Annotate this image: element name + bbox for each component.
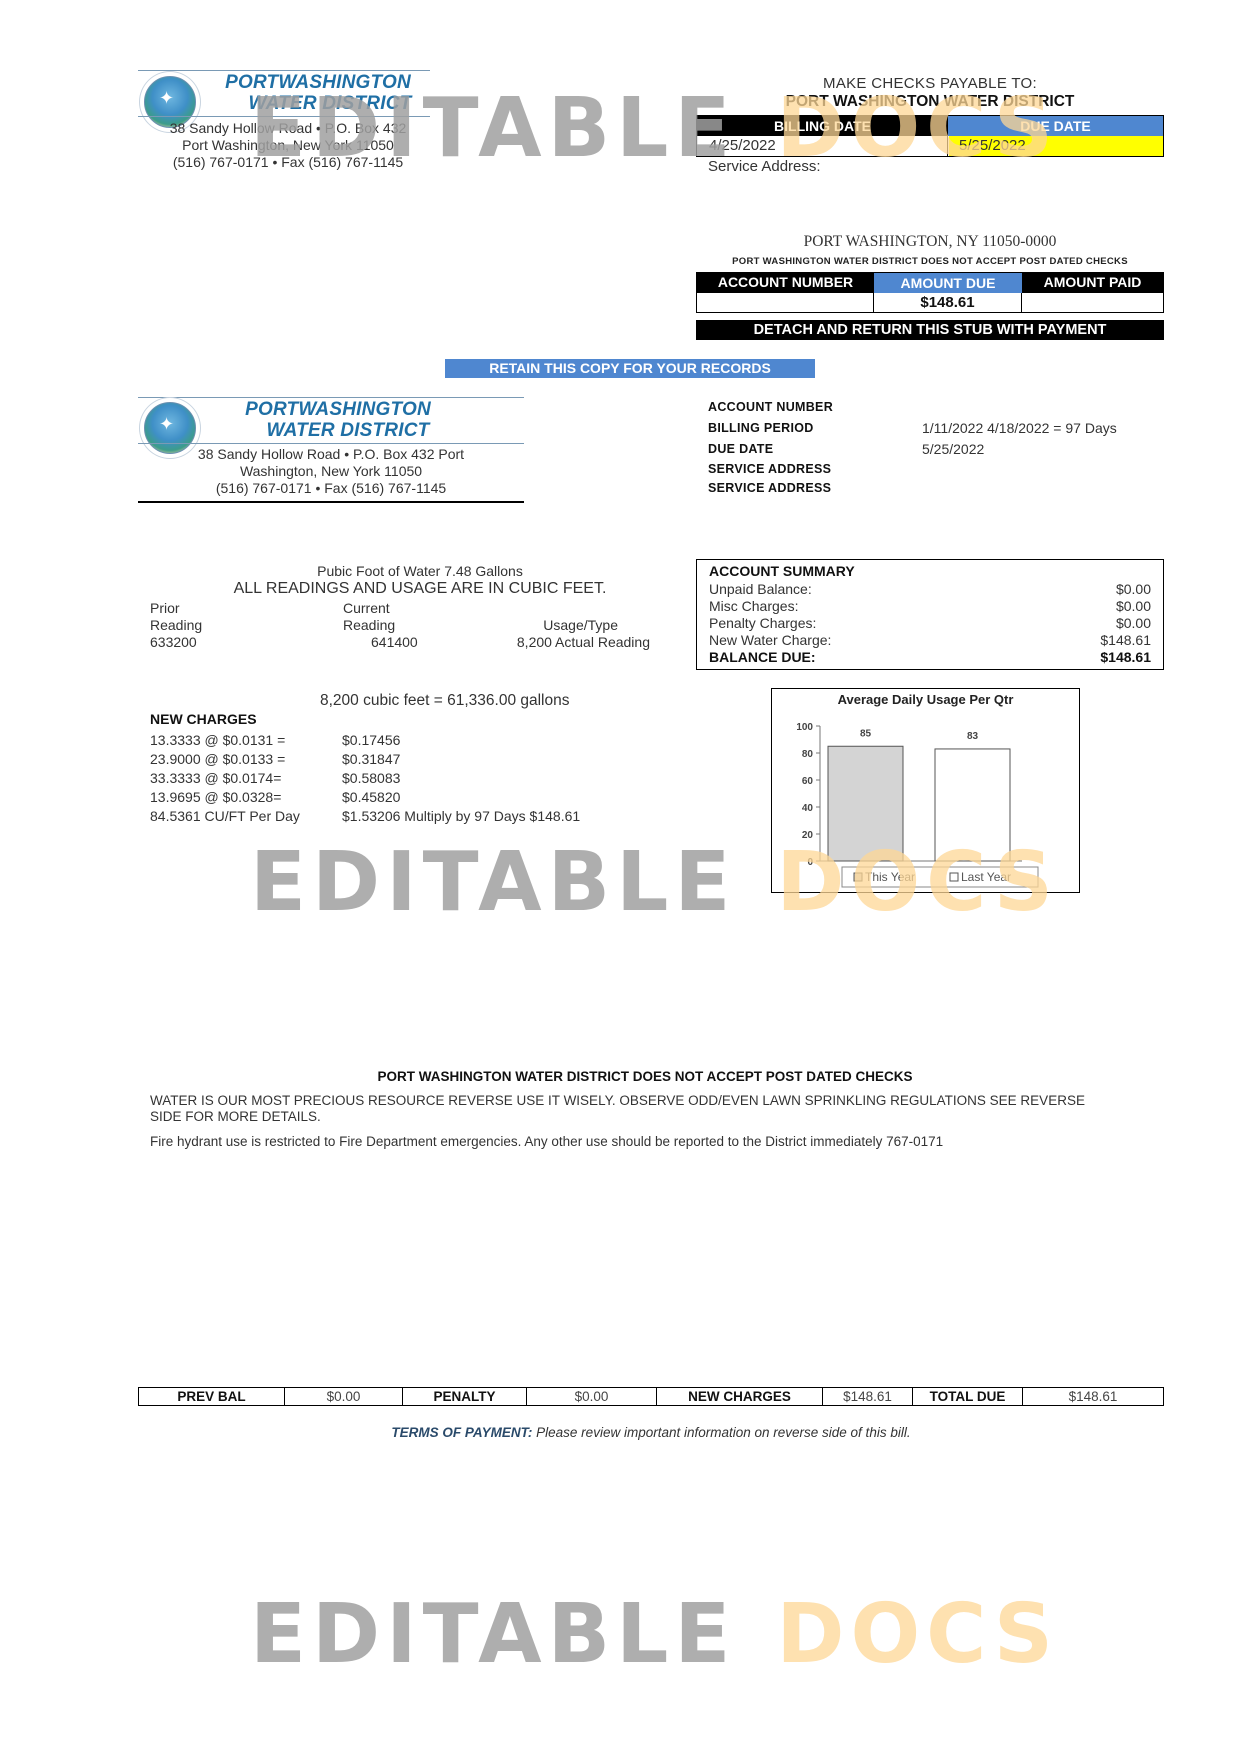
due-date-value: 5/25/2022: [922, 441, 984, 457]
terms-label: TERMS OF PAYMENT:: [391, 1425, 532, 1440]
watermark: EDITABLEDOCS: [250, 1594, 1059, 1676]
company-name-line1: PORTWASHINGTON: [238, 399, 438, 420]
prev-bal-label: PREV BAL: [139, 1388, 285, 1405]
company-logo-copy: ✦ PORTWASHINGTON WATER DISTRICT: [138, 394, 528, 444]
account-number-value: [697, 293, 874, 312]
usage-value: 8,200 Actual Reading: [490, 634, 650, 651]
billing-period-label: BILLING PERIOD: [708, 421, 814, 435]
service-address-label: SERVICE ADDRESS: [708, 481, 831, 495]
billing-period-value: 1/11/2022 4/18/2022 = 97 Days: [922, 420, 1117, 436]
new-charges-label: NEW CHARGES: [657, 1388, 823, 1405]
balance-due-row: BALANCE DUE: $148.61: [709, 649, 1151, 666]
charge-amount: $0.58083: [342, 769, 400, 788]
notice-hydrant: Fire hydrant use is restricted to Fire D…: [150, 1134, 1150, 1149]
usage-chart: Average Daily Usage Per Qtr 020406080100…: [771, 688, 1080, 893]
balance-due-label: BALANCE DUE:: [709, 649, 816, 666]
notices-heading: PORT WASHINGTON WATER DISTRICT DOES NOT …: [140, 1069, 1150, 1084]
summary-row: Penalty Charges:$0.00: [709, 615, 1151, 632]
summary-label: New Water Charge:: [709, 632, 831, 649]
charge-calc: 23.9000 @ $0.0133 =: [150, 750, 342, 769]
svg-text:100: 100: [796, 722, 813, 733]
totals-table: PREV BAL $0.00 PENALTY $0.00 NEW CHARGES…: [138, 1387, 1164, 1406]
charge-calc: 84.5361 CU/FT Per Day: [150, 807, 342, 826]
city-line: PORT WASHINGTON, NY 11050-0000: [696, 233, 1164, 251]
svg-text:85: 85: [860, 728, 872, 739]
amount-due-header: AMOUNT DUE: [874, 273, 1022, 293]
summary-label: Penalty Charges:: [709, 615, 816, 632]
terms-of-payment: TERMS OF PAYMENT: Please review importan…: [138, 1425, 1164, 1440]
amount-paid-field[interactable]: [1022, 293, 1163, 312]
billing-date-value: 4/25/2022: [697, 136, 948, 156]
company-address: 38 Sandy Hollow Road • P.O. Box 432 Port…: [138, 120, 438, 171]
due-date-label: DUE DATE: [708, 442, 773, 456]
account-amount-table: ACCOUNT NUMBER AMOUNT DUE AMOUNT PAID $1…: [696, 272, 1164, 313]
account-summary-box: ACCOUNT SUMMARY Unpaid Balance:$0.00Misc…: [696, 559, 1164, 670]
billing-date-header: BILLING DATE: [697, 116, 948, 136]
service-address-label: Service Address:: [708, 158, 821, 175]
svg-text:40: 40: [802, 803, 814, 814]
svg-text:0: 0: [807, 857, 813, 868]
company-name-line2: WATER DISTRICT: [258, 420, 438, 441]
summary-label: Misc Charges:: [709, 598, 798, 615]
svg-text:60: 60: [802, 776, 814, 787]
notice-water: WATER IS OUR MOST PRECIOUS RESOURCE REVE…: [150, 1093, 1110, 1125]
current-reading: 641400: [343, 634, 418, 651]
service-address-label: SERVICE ADDRESS: [708, 462, 831, 476]
detach-banner: DETACH AND RETURN THIS STUB WITH PAYMENT: [696, 320, 1164, 340]
prior-label: Prior Reading 633200: [150, 600, 202, 651]
due-date-value: 5/25/2022: [949, 136, 1163, 156]
svg-text:83: 83: [967, 731, 979, 742]
retain-banner: RETAIN THIS COPY FOR YOUR RECORDS: [445, 359, 815, 378]
usage-bar-chart: 0204060801008583This YearLast Year: [772, 689, 1079, 892]
charge-calc: 13.3333 @ $0.0131 =: [150, 731, 342, 750]
charge-amount: $0.17456: [342, 731, 400, 750]
charge-row: 84.5361 CU/FT Per Day$1.53206 Multiply b…: [150, 807, 670, 826]
total-due-value: $148.61: [1023, 1388, 1163, 1405]
account-number-header: ACCOUNT NUMBER: [697, 273, 874, 293]
charge-amount: $1.53206 Multiply by 97 Days $148.61: [342, 807, 580, 826]
charge-row: 13.3333 @ $0.0131 =$0.17456: [150, 731, 670, 750]
due-date-header: DUE DATE: [948, 116, 1163, 136]
amount-paid-header: AMOUNT PAID: [1022, 273, 1163, 293]
account-summary-title: ACCOUNT SUMMARY: [709, 562, 1151, 581]
charge-amount: $0.31847: [342, 750, 400, 769]
current-label: Current Reading 641400: [343, 600, 418, 651]
svg-text:20: 20: [802, 830, 814, 841]
gallons-line: 8,200 cubic feet = 61,336.00 gallons: [320, 692, 569, 710]
charge-amount: $0.45820: [342, 788, 400, 807]
charge-row: 23.9000 @ $0.0133 =$0.31847: [150, 750, 670, 769]
summary-row: Misc Charges:$0.00: [709, 598, 1151, 615]
company-address-copy: 38 Sandy Hollow Road • P.O. Box 432 Port…: [138, 446, 524, 497]
units-note: ALL READINGS AND USAGE ARE IN CUBIC FEET…: [140, 580, 700, 598]
svg-text:80: 80: [802, 749, 814, 760]
company-name-line2: WATER DISTRICT: [230, 93, 430, 114]
logo-underline: [138, 501, 524, 503]
prev-bal-value: $0.00: [285, 1388, 403, 1405]
billing-dates-table: BILLING DATE DUE DATE 4/25/2022 5/25/202…: [696, 115, 1164, 157]
summary-row: Unpaid Balance:$0.00: [709, 581, 1151, 598]
new-charges-value: $148.61: [823, 1388, 913, 1405]
summary-label: Unpaid Balance:: [709, 581, 812, 598]
account-number-label: ACCOUNT NUMBER: [708, 400, 833, 414]
payable-label: MAKE CHECKS PAYABLE TO:: [696, 75, 1164, 92]
svg-text:This Year: This Year: [865, 870, 915, 884]
charge-row: 13.9695 @ $0.0328=$0.45820: [150, 788, 670, 807]
charge-row: 33.3333 @ $0.0174=$0.58083: [150, 769, 670, 788]
charge-calc: 33.3333 @ $0.0174=: [150, 769, 342, 788]
summary-value: $0.00: [1116, 581, 1151, 598]
penalty-value: $0.00: [527, 1388, 657, 1405]
summary-value: $0.00: [1116, 615, 1151, 632]
penalty-label: PENALTY: [403, 1388, 527, 1405]
balance-due-value: $148.61: [1100, 649, 1151, 666]
company-logo: ✦ PORTWASHINGTON WATER DISTRICT: [138, 68, 438, 118]
prior-reading: 633200: [150, 634, 202, 651]
company-name-line1: PORTWASHINGTON: [208, 72, 428, 93]
payable-name: PORT WASHINGTON WATER DISTRICT: [696, 93, 1164, 111]
terms-text: Please review important information on r…: [532, 1425, 910, 1440]
usage-type: Usage/Type 8,200 Actual Reading: [490, 617, 650, 651]
summary-value: $148.61: [1100, 632, 1151, 649]
new-charges-list: 13.3333 @ $0.0131 =$0.1745623.9000 @ $0.…: [150, 731, 670, 826]
amount-due-value: $148.61: [874, 293, 1022, 312]
total-due-label: TOTAL DUE: [913, 1388, 1023, 1405]
summary-row: New Water Charge:$148.61: [709, 632, 1151, 649]
new-charges-title: NEW CHARGES: [150, 711, 257, 727]
summary-value: $0.00: [1116, 598, 1151, 615]
svg-text:Last Year: Last Year: [961, 870, 1011, 884]
charge-calc: 13.9695 @ $0.0328=: [150, 788, 342, 807]
conversion-note: Pubic Foot of Water 7.48 Gallons: [0, 563, 700, 579]
post-dated-notice: PORT WASHINGTON WATER DISTRICT DOES NOT …: [696, 256, 1164, 267]
